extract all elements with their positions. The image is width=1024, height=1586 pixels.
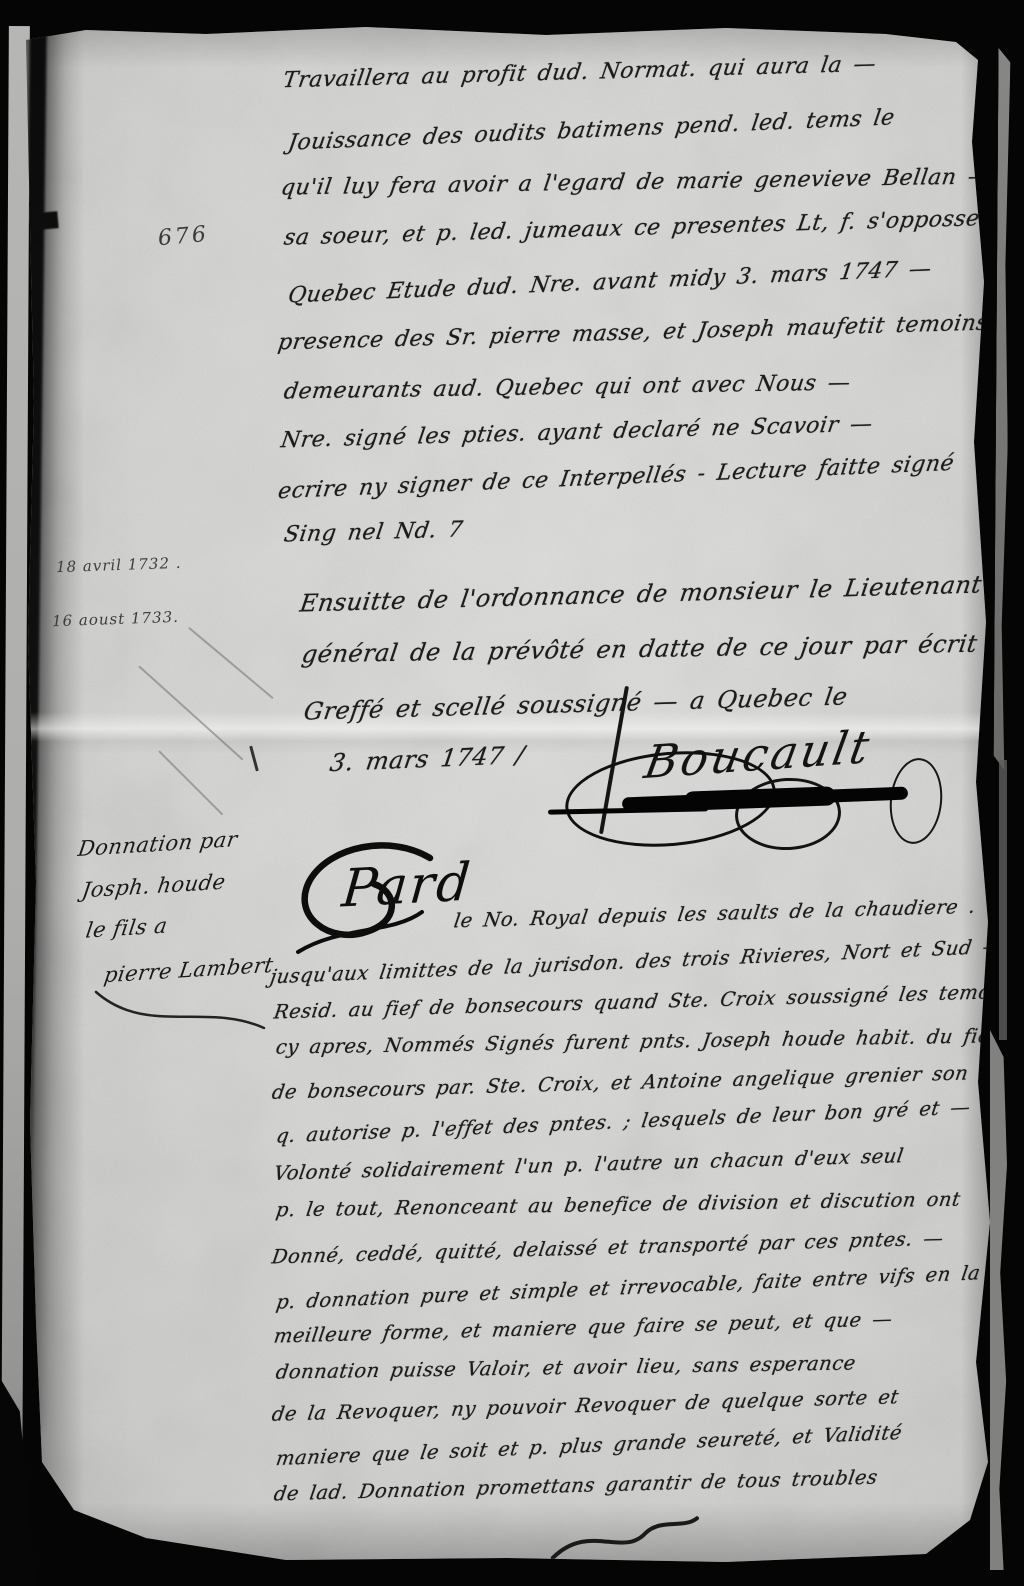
manuscript-line: de lad. Donnation promettans garantir de… [272,1466,879,1506]
bottom-left-scan-shadow [0,1378,36,1586]
margin-date-note-1: 18 avril 1732 . [56,554,182,576]
manuscript-line: jusqu'aux limittes de la jurisdon. des t… [269,935,1005,989]
manuscript-line: Volonté solidairement l'un p. l'autre un… [272,1144,905,1185]
scratch-mark [159,750,224,815]
margin-act-note-line: le fils a [84,913,169,942]
page-number: 676 [157,222,210,251]
binding-notch [38,211,58,230]
ink-speck [249,746,259,772]
scanned-document: 676 18 avril 1732 . 16 aoust 1733. Donna… [0,0,1024,1586]
manuscript-line: Ensuitte de l'ordonnance de monsieur le … [298,570,984,617]
manuscript-line: Travaillera au profit dud. Normat. qui a… [281,52,878,94]
margin-act-note-line: Donnation par [76,827,239,861]
manuscript-line: le No. Royal depuis les saults de la cha… [452,895,977,933]
manuscript-line: Quebec Etude dud. Nre. avant midy 3. mar… [286,256,933,308]
act-initial-word: Pard [339,852,474,919]
paraph-flourish [546,1514,706,1566]
manuscript-line: Greffé et scellé soussigné — a Quebec le [302,682,850,725]
manuscript-line: p. donnation pure et simple et irrevocab… [275,1261,983,1314]
manuscript-page: 676 18 avril 1732 . 16 aoust 1733. Donna… [26,22,1000,1564]
manuscript-line: de la Revoquer, ny pouvoir Revoquer de q… [270,1385,900,1426]
manuscript-line: presence des Sr. pierre masse, et Joseph… [276,310,1024,356]
scratch-mark [188,627,273,699]
manuscript-line: Jouissance des oudits batimens pend. led… [286,105,896,156]
margin-flourish [86,984,276,1044]
torn-edge-fragment [990,1030,1007,1570]
manuscript-line: Sing nel Nd. 7 [282,517,465,547]
manuscript-line: Donné, ceddé, quitté, delaissé et transp… [270,1227,945,1269]
manuscript-line: Nre. signé les pties. ayant declaré ne S… [279,412,874,454]
signature-flourish-loop [886,756,947,847]
torn-edge-fragment [999,760,1007,1040]
manuscript-line: qu'il luy fera avoir a l'egard de marie … [279,164,992,200]
act-date-line: 3. mars 1747 / [328,741,527,777]
manuscript-line: maniere que le soit et p. plus grande se… [275,1421,904,1470]
manuscript-line: meilleure forme, et maniere que faire se… [272,1307,894,1347]
scratch-mark [138,665,243,760]
adjacent-page-edge [1,26,30,1506]
manuscript-line: donnation puisse Valoir, et avoir lieu, … [274,1351,857,1383]
margin-act-note-line: Josph. houde [80,869,227,902]
manuscript-line: cy apres, Nommés Signés furent pnts. Jos… [274,1024,999,1058]
manuscript-line: ecrire ny signer de ce Interpellés - Lec… [276,451,955,505]
manuscript-line: p. le tout, Renonceant au benefice de di… [274,1188,962,1222]
margin-date-note-2: 16 aoust 1733. [52,608,179,630]
torn-edge-fragment [993,48,1010,770]
manuscript-line: Resid. au fief de bonsecours quand Ste. … [272,980,1022,1024]
margin-act-note-line: pierre Lambert [102,953,275,988]
manuscript-line: demeurants aud. Quebec qui ont avec Nous… [282,371,852,405]
manuscript-line: q. autorise p. l'effet des pntes. ; lesq… [275,1095,973,1147]
manuscript-line: général de la prévôté en datte de ce jou… [300,630,979,669]
manuscript-line: sa soeur, et p. led. jumeaux ce presente… [282,204,1024,250]
